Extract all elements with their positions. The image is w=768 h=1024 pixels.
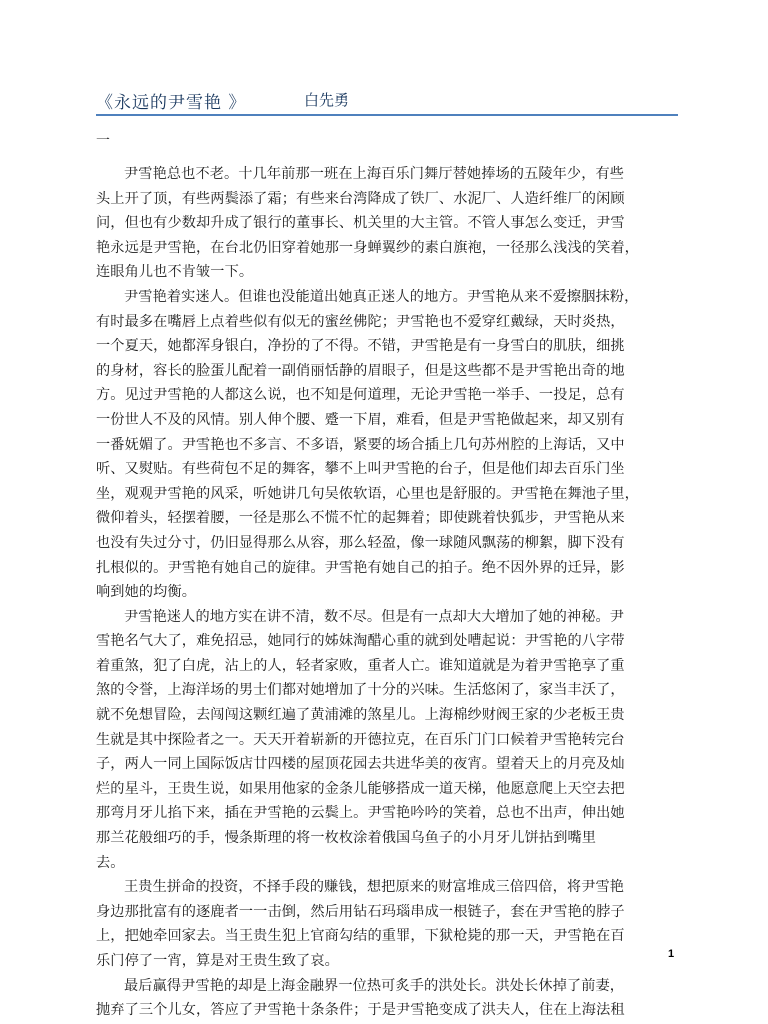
- text-line: 抛弃了三个儿女，答应了尹雪艳十条条件；于是尹雪艳变成了洪夫人，住在上海法租: [96, 998, 671, 1023]
- section-number: 一: [96, 130, 110, 150]
- text-line: 坐，观观尹雪艳的风采，听她讲几句吴侬软语，心里也是舒服的。尹雪艳在舞池子里，: [96, 482, 671, 507]
- text-line: 一番妩媚了。尹雪艳也不多言、不多语，紧要的场合插上几句苏州腔的上海话，又中: [96, 433, 671, 458]
- text-line: 王贵生拼命的投资，不择手段的赚钱，想把原来的财富堆成三倍四倍，将尹雪艳: [96, 875, 671, 900]
- document-page: 《永远的尹雪艳 》 白先勇 一 尹雪艳总也不老。十几年前那一班在上海百乐门舞厅替…: [0, 0, 768, 1024]
- text-line: 着重煞，犯了白虎，沾上的人，轻者家败，重者人亡。谁知道就是为着尹雪艳享了重: [96, 654, 671, 679]
- document-author: 白先勇: [304, 89, 349, 110]
- text-line: 子，两人一同上国际饭店廿四楼的屋顶花园去共进华美的夜宵。望着天上的月亮及灿: [96, 752, 671, 777]
- body-text: 尹雪艳总也不老。十几年前那一班在上海百乐门舞厅替她捧场的五陵年少，有些头上开了顶…: [96, 162, 671, 1023]
- text-line: 一份世人不及的风情。别人伸个腰、蹙一下眉，难看，但是尹雪艳做起来，却又别有: [96, 408, 671, 433]
- text-line: 的身材，容长的脸蛋儿配着一副俏丽恬静的眉眼子，但是这些都不是尹雪艳出奇的地: [96, 359, 671, 384]
- text-line: 尹雪艳总也不老。十几年前那一班在上海百乐门舞厅替她捧场的五陵年少，有些: [96, 162, 671, 187]
- text-line: 那兰花般细巧的手，慢条斯理的将一枚枚涂着俄国乌鱼子的小月牙儿饼拈到嘴里: [96, 826, 671, 851]
- text-line: 那弯月牙儿掐下来，插在尹雪艳的云鬓上。尹雪艳吟吟的笑着，总也不出声，伸出她: [96, 801, 671, 826]
- text-line: 连眼角儿也不肯皱一下。: [96, 260, 671, 285]
- text-line: 问，但也有少数却升成了银行的董事长、机关里的大主管。不管人事怎么变迁，尹雪: [96, 211, 671, 236]
- text-line: 响到她的均衡。: [96, 580, 671, 605]
- document-header: 《永远的尹雪艳 》 白先勇: [96, 88, 678, 116]
- text-line: 就不免想冒险，去闯闯这颗红遍了黄浦滩的煞星儿。上海棉纱财阀王家的少老板王贵: [96, 703, 671, 728]
- text-line: 生就是其中探险者之一。天天开着崭新的开德拉克，在百乐门门口候着尹雪艳转完台: [96, 728, 671, 753]
- text-line: 微仰着头，轻摆着腰，一径是那么不慌不忙的起舞着；即使跳着快狐步，尹雪艳从来: [96, 506, 671, 531]
- text-line: 也没有失过分寸，仍旧显得那么从容，那么轻盈，像一球随风飘荡的柳絮，脚下没有: [96, 531, 671, 556]
- text-line: 身边那批富有的逐鹿者一一击倒，然后用钻石玛瑙串成一根链子，套在尹雪艳的脖子: [96, 900, 671, 925]
- text-line: 烂的星斗，王贵生说，如果用他家的金条儿能够搭成一道天梯，他愿意爬上天空去把: [96, 777, 671, 802]
- text-line: 上，把她牵回家去。当王贵生犯上官商勾结的重罪，下狱枪毙的那一天，尹雪艳在百: [96, 924, 671, 949]
- text-line: 乐门停了一宵，算是对王贵生致了哀。: [96, 949, 671, 974]
- text-line: 尹雪艳着实迷人。但谁也没能道出她真正迷人的地方。尹雪艳从来不爱擦胭抹粉，: [96, 285, 671, 310]
- text-line: 去。: [96, 851, 671, 876]
- text-line: 方。见过尹雪艳的人都这么说，也不知是何道理，无论尹雪艳一举手、一投足，总有: [96, 383, 671, 408]
- text-line: 听、又熨贴。有些荷包不足的舞客，攀不上叫尹雪艳的台子，但是他们却去百乐门坐: [96, 457, 671, 482]
- text-line: 最后赢得尹雪艳的却是上海金融界一位热可炙手的洪处长。洪处长休掉了前妻，: [96, 974, 671, 999]
- text-line: 扎根似的。尹雪艳有她自己的旋律。尹雪艳有她自己的拍子。绝不因外界的迁异，影: [96, 556, 671, 581]
- text-line: 一个夏天，她都浑身银白，净扮的了不得。不错，尹雪艳是有一身雪白的肌肤，细挑: [96, 334, 671, 359]
- text-line: 头上开了顶，有些两鬓添了霜；有些来台湾降成了铁厂、水泥厂、人造纤维厂的闲顾: [96, 187, 671, 212]
- text-line: 雪艳名气大了，难免招忌，她同行的姊妹淘醋心重的就到处嘈起说：尹雪艳的八字带: [96, 629, 671, 654]
- document-title: 《永远的尹雪艳 》: [96, 88, 246, 113]
- text-line: 煞的令誉，上海洋场的男士们都对她增加了十分的兴味。生活悠闲了，家当丰沃了，: [96, 678, 671, 703]
- text-line: 艳永远是尹雪艳，在台北仍旧穿着她那一身蝉翼纱的素白旗袍，一径那么浅浅的笑着，: [96, 236, 671, 261]
- text-line: 有时最多在嘴唇上点着些似有似无的蜜丝佛陀；尹雪艳也不爱穿红戴绿，天时炎热，: [96, 310, 671, 335]
- page-number: 1: [668, 948, 674, 960]
- text-line: 尹雪艳迷人的地方实在讲不清，数不尽。但是有一点却大大增加了她的神秘。尹: [96, 605, 671, 630]
